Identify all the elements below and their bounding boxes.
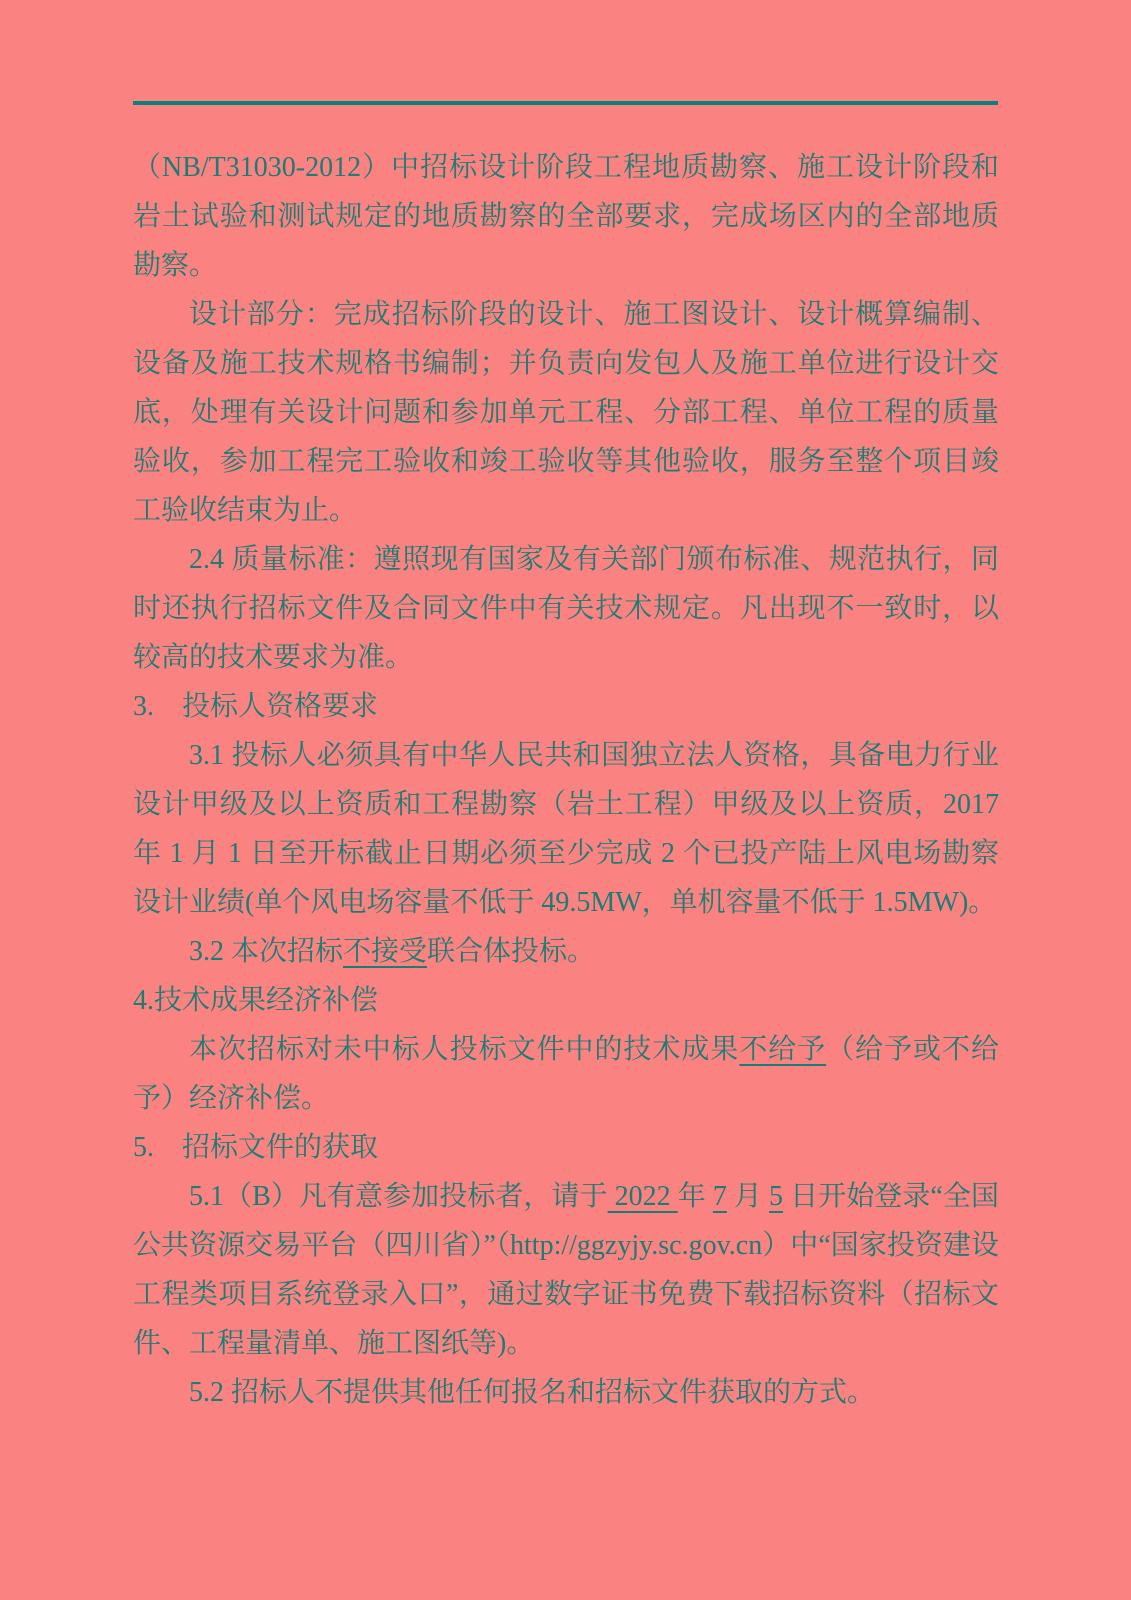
text-run: 5. 招标文件的获取	[133, 1132, 378, 1163]
text-run: 年	[678, 1181, 713, 1212]
section-heading: 3. 投标人资格要求	[133, 682, 999, 731]
body-paragraph: 设计部分：完成招标阶段的设计、施工图设计、设计概算编制、设备及施工技术规格书编制…	[133, 290, 999, 535]
text-run: 2.4 质量标准：遵照现有国家及有关部门颁布标准、规范执行，同时还执行招标文件及…	[133, 544, 999, 673]
text-run: 3.1 投标人必须具有中华人民共和国独立法人资格，具备电力行业设计甲级及以上资质…	[133, 740, 999, 918]
text-run: 联合体投标。	[427, 936, 595, 967]
body-paragraph: （NB/T31030-2012）中招标设计阶段工程地质勘察、施工设计阶段和岩土试…	[133, 143, 999, 290]
top-horizontal-rule	[133, 101, 998, 105]
text-run: 3. 投标人资格要求	[133, 691, 378, 722]
body-paragraph: 3.2 本次招标不接受联合体投标。	[133, 927, 999, 976]
section-heading: 4.技术成果经济补偿	[133, 976, 999, 1025]
scanned-document-page: （NB/T31030-2012）中招标设计阶段工程地质勘察、施工设计阶段和岩土试…	[0, 0, 1131, 1600]
body-paragraph: 3.1 投标人必须具有中华人民共和国独立法人资格，具备电力行业设计甲级及以上资质…	[133, 731, 999, 927]
text-run: 月	[727, 1181, 769, 1212]
text-run: 设计部分：完成招标阶段的设计、施工图设计、设计概算编制、设备及施工技术规格书编制…	[133, 299, 999, 526]
text-run: 本次招标对未中标人投标文件中的技术成果	[189, 1034, 739, 1065]
text-run: 5.2 招标人不提供其他任何报名和招标文件获取的方式。	[189, 1377, 875, 1408]
body-paragraph: 5.1（B）凡有意参加投标者，请于 2022 年 7 月 5 日开始登录“全国公…	[133, 1172, 999, 1368]
underlined-text-run: 不给予	[739, 1034, 826, 1065]
underlined-text-run: 不接受	[343, 936, 427, 967]
text-run: 5.1（B）凡有意参加投标者，请于	[189, 1181, 608, 1212]
document-body: （NB/T31030-2012）中招标设计阶段工程地质勘察、施工设计阶段和岩土试…	[133, 143, 999, 1417]
body-paragraph: 5.2 招标人不提供其他任何报名和招标文件获取的方式。	[133, 1368, 999, 1417]
text-run: 3.2 本次招标	[189, 936, 343, 967]
body-paragraph: 2.4 质量标准：遵照现有国家及有关部门颁布标准、规范执行，同时还执行招标文件及…	[133, 535, 999, 682]
text-run: 4.技术成果经济补偿	[133, 985, 378, 1016]
underlined-text-run: 7	[713, 1181, 727, 1212]
underlined-text-run: 5	[769, 1181, 783, 1212]
text-run: （NB/T31030-2012）中招标设计阶段工程地质勘察、施工设计阶段和岩土试…	[133, 152, 999, 281]
underlined-text-run: 2022	[608, 1181, 678, 1212]
body-paragraph: 本次招标对未中标人投标文件中的技术成果不给予（给予或不给予）经济补偿。	[133, 1025, 999, 1123]
section-heading: 5. 招标文件的获取	[133, 1123, 999, 1172]
